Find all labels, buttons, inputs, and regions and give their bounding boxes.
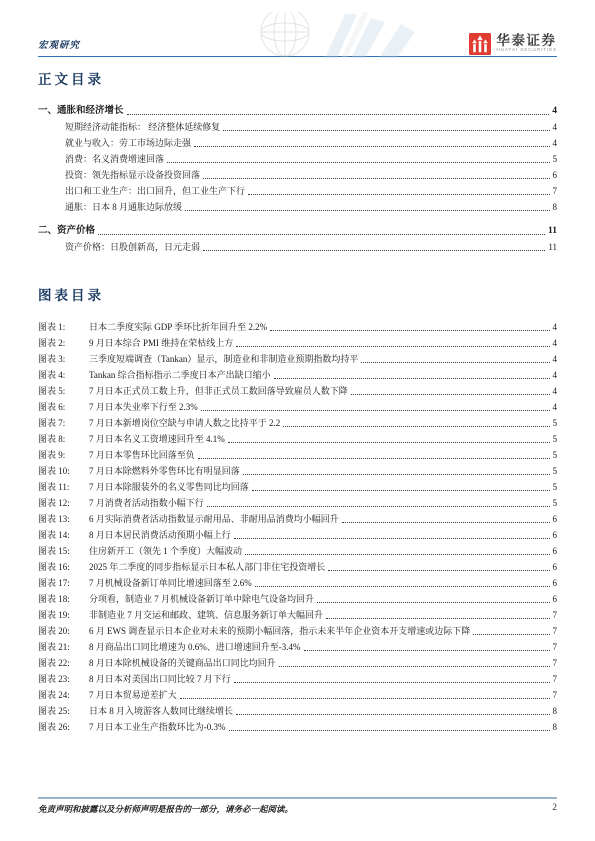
page-ref: 7 [553, 658, 558, 669]
page-ref: 4 [553, 322, 558, 333]
figure-item[interactable]: 图表 16:2025 年二季度的同步指标显示日本私人部门非住宅投资增长6 [38, 557, 557, 573]
toc-item[interactable]: 投资：领先指标显示设备投资回落6 [38, 165, 557, 181]
figure-number: 图表 18: [38, 594, 89, 605]
figure-item[interactable]: 图表 3:三季度短端调查（Tankan）显示，制造业和非制造业预期指数均持平4 [38, 349, 557, 365]
dotted-leader [203, 178, 549, 179]
page-ref: 5 [553, 466, 558, 477]
figure-number: 图表 1: [38, 322, 89, 333]
toc-item-label: 投资：领先指标显示设备投资回落 [65, 170, 200, 181]
figure-item[interactable]: 图表 26:7 月日本工业生产指数环比为-0.3%8 [38, 717, 557, 733]
figure-item[interactable]: 图表 12:7 月消费者活动指数小幅下行5 [38, 493, 557, 509]
toc-item[interactable]: 消费：名义消费增速回落5 [38, 149, 557, 165]
toc-title: 正文目录 [38, 68, 557, 88]
page-ref: 7 [553, 186, 558, 197]
figure-item[interactable]: 图表 22:8 月日本除机械设备的关键商品出口同比均回升7 [38, 653, 557, 669]
figure-number: 图表 6: [38, 402, 89, 413]
huatai-logo: 华泰证券 HUATAI SECURITIES [469, 33, 557, 55]
dotted-leader [98, 234, 545, 235]
figure-number: 图表 11: [38, 482, 89, 493]
figure-item[interactable]: 图表 18:分项看，制造业 7 月机械设备新订单中除电气设备均回升6 [38, 589, 557, 605]
dotted-leader [127, 114, 550, 115]
figure-number: 图表 8: [38, 434, 89, 445]
toc-item[interactable]: 短期经济动能指标： 经济整体延续修复4 [38, 117, 557, 133]
figure-item-label: 6 月 EWS 调查显示日本企业对未来的预期小幅回落，指示未来半年企业资本开支增… [89, 626, 470, 637]
toc-item[interactable]: 通胀：日本 8 月通胀边际放缓8 [38, 197, 557, 213]
figure-number: 图表 5: [38, 386, 89, 397]
figure-item-label: 7 月机械设备新订单同比增速回落至 2.6% [89, 578, 252, 589]
dotted-leader [207, 506, 550, 507]
figure-number: 图表 26: [38, 722, 89, 733]
dotted-leader [234, 682, 550, 683]
page-ref: 8 [553, 202, 558, 213]
figure-number: 图表 10: [38, 466, 89, 477]
toc-item-label: 消费：名义消费增速回落 [65, 154, 164, 165]
page-ref: 7 [553, 642, 558, 653]
figure-item-label: 日本 8 月入境游客人数同比继续增长 [89, 706, 233, 717]
dotted-leader [317, 602, 549, 603]
figure-item-label: 8 月日本除机械设备的关键商品出口同比均回升 [89, 658, 276, 669]
figure-number: 图表 16: [38, 562, 89, 573]
dotted-leader [473, 634, 549, 635]
toc-item-label: 通胀：日本 8 月通胀边际放缓 [65, 202, 182, 213]
page-ref: 7 [553, 610, 558, 621]
figure-number: 图表 13: [38, 514, 89, 525]
page-ref: 11 [548, 242, 557, 253]
page-ref: 4 [553, 354, 558, 365]
toc-item-label: 二、资产价格 [38, 226, 95, 237]
page-ref: 7 [553, 626, 558, 637]
figure-item[interactable]: 图表 6:7 月日本失业率下行至 2.3%4 [38, 397, 557, 413]
figure-item[interactable]: 图表 19:非制造业 7 月交运和邮政、建筑、信息服务新订单大幅回升7 [38, 605, 557, 621]
figure-item-label: 7 月消费者活动指数小幅下行 [89, 498, 204, 509]
figure-item-label: 7 月日本零售环比回落至负 [89, 450, 195, 461]
figure-item[interactable]: 图表 17:7 月机械设备新订单同比增速回落至 2.6%6 [38, 573, 557, 589]
figure-number: 图表 20: [38, 626, 89, 637]
figure-number: 图表 4: [38, 370, 89, 381]
dotted-leader [194, 146, 549, 147]
figure-item-label: 7 月日本贸易逆差扩大 [89, 690, 177, 701]
page-footer: 免责声明和披露以及分析师声明是报告的一部分，请务必一起阅读。 2 [38, 797, 557, 815]
dotted-leader [248, 194, 549, 195]
toc-item-label: 就业与收入：劳工市场边际走强 [65, 138, 191, 149]
figure-item[interactable]: 图表 13:6 月实际消费者活动指数显示耐用品、非耐用品消费均小幅回升6 [38, 509, 557, 525]
page-header: 宏观研究 [38, 0, 557, 57]
dotted-leader [167, 162, 549, 163]
page-ref: 8 [553, 706, 558, 717]
figure-number: 图表 23: [38, 674, 89, 685]
dotted-leader [328, 570, 549, 571]
brand-name: 华泰证券 [496, 34, 557, 48]
figure-item-label: 7 月日本新增岗位空缺与申请人数之比持平于 2.2 [89, 418, 280, 429]
dotted-leader [326, 618, 549, 619]
toc-item[interactable]: 一、通胀和经济增长4 [38, 101, 557, 117]
figure-item-label: 日本二季度实际 GDP 季环比折年回升至 2.2% [89, 322, 267, 333]
figure-item-label: 7 月日本除服装外的名义零售同比均回落 [89, 482, 249, 493]
figure-number: 图表 25: [38, 706, 89, 717]
page-ref: 5 [553, 498, 558, 509]
dotted-leader [234, 538, 550, 539]
dotted-leader [351, 394, 550, 395]
page-ref: 4 [552, 106, 557, 117]
dotted-leader [236, 346, 549, 347]
figure-item[interactable]: 图表 25:日本 8 月入境游客人数同比继续增长8 [38, 701, 557, 717]
page-ref: 6 [553, 562, 558, 573]
figure-item-label: 8 月日本对美国出口同比较 7 月下行 [89, 674, 231, 685]
figures-title: 图表目录 [38, 284, 557, 304]
page-ref: 6 [553, 546, 558, 557]
figure-number: 图表 22: [38, 658, 89, 669]
figure-list: 图表 1:日本二季度实际 GDP 季环比折年回升至 2.2%4图表 2:9 月日… [38, 317, 557, 733]
figure-item-label: Tankan 综合指标指示二季度日本产出缺口缩小 [89, 370, 271, 381]
figure-item[interactable]: 图表 5:7 月日本正式员工数上升，但非正式员工数回落导致雇员人数下降4 [38, 381, 557, 397]
huatai-logo-icon [469, 33, 491, 55]
page-ref: 5 [553, 482, 558, 493]
figure-item[interactable]: 图表 9:7 月日本零售环比回落至负5 [38, 445, 557, 461]
figure-item-label: 住房新开工（领先 1 个季度）大幅波动 [89, 546, 242, 557]
page-ref: 4 [553, 338, 558, 349]
dotted-leader [228, 442, 550, 443]
report-category-label: 宏观研究 [38, 37, 80, 51]
dotted-leader [243, 474, 550, 475]
page-ref: 4 [553, 370, 558, 381]
dotted-leader [255, 586, 550, 587]
figure-item[interactable]: 图表 10:7 月日本除燃料外零售环比有明显回落5 [38, 461, 557, 477]
page-ref: 7 [553, 690, 558, 701]
dotted-leader [185, 210, 549, 211]
figure-number: 图表 14: [38, 530, 89, 541]
toc-item-label: 短期经济动能指标： 经济整体延续修复 [65, 122, 220, 133]
report-page: 宏观研究 [0, 0, 595, 841]
page-ref: 5 [553, 154, 558, 165]
toc-item[interactable]: 二、资产价格11 [38, 221, 557, 237]
page-ref: 6 [553, 170, 558, 181]
figure-item-label: 非制造业 7 月交运和邮政、建筑、信息服务新订单大幅回升 [89, 610, 323, 621]
toc-item-label: 一、通胀和经济增长 [38, 106, 124, 117]
page-ref: 8 [553, 722, 558, 733]
page-ref: 5 [553, 450, 558, 461]
toc-item[interactable]: 资产价格：日股创新高，日元走弱11 [38, 237, 557, 253]
figure-item[interactable]: 图表 8:7 月日本名义工资增速回升至 4.1%5 [38, 429, 557, 445]
figure-number: 图表 21: [38, 642, 89, 653]
figure-item-label: 7 月日本名义工资增速回升至 4.1% [89, 434, 225, 445]
page-content: 正文目录 一、通胀和经济增长4短期经济动能指标： 经济整体延续修复4就业与收入：… [38, 68, 557, 733]
page-ref: 6 [553, 530, 558, 541]
figure-number: 图表 7: [38, 418, 89, 429]
dotted-leader [198, 458, 550, 459]
page-number: 2 [552, 803, 557, 813]
dotted-leader [236, 714, 549, 715]
figure-number: 图表 15: [38, 546, 89, 557]
page-ref: 4 [553, 138, 558, 149]
globe-watermark [233, 12, 433, 58]
dotted-leader [342, 522, 550, 523]
figure-number: 图表 19: [38, 610, 89, 621]
figure-item-label: 7 月日本除燃料外零售环比有明显回落 [89, 466, 240, 477]
figure-item-label: 8 月商品出口同比增速为 0.6%、进口增速回升至-3.4% [89, 642, 301, 653]
page-ref: 5 [553, 418, 558, 429]
figure-item-label: 6 月实际消费者活动指数显示耐用品、非耐用品消费均小幅回升 [89, 514, 339, 525]
figure-item[interactable]: 图表 7:7 月日本新增岗位空缺与申请人数之比持平于 2.25 [38, 413, 557, 429]
figure-item[interactable]: 图表 23:8 月日本对美国出口同比较 7 月下行7 [38, 669, 557, 685]
dotted-leader [270, 330, 549, 331]
dotted-leader [279, 666, 550, 667]
figure-item-label: 三季度短端调查（Tankan）显示，制造业和非制造业预期指数均持平 [89, 354, 358, 365]
dotted-leader [201, 410, 550, 411]
figure-item-label: 9 月日本综合 PMI 维持在荣枯线上方 [89, 338, 233, 349]
figure-item-label: 8 月日本居民消费活动预期小幅上行 [89, 530, 231, 541]
figure-number: 图表 2: [38, 338, 89, 349]
toc-item[interactable]: 就业与收入：劳工市场边际走强4 [38, 133, 557, 149]
dotted-leader [203, 250, 545, 251]
figure-item[interactable]: 图表 20:6 月 EWS 调查显示日本企业对未来的预期小幅回落，指示未来半年企… [38, 621, 557, 637]
dotted-leader [283, 426, 549, 427]
figure-number: 图表 17: [38, 578, 89, 589]
page-ref: 5 [553, 434, 558, 445]
page-ref: 11 [548, 226, 557, 237]
brand-subtitle: HUATAI SECURITIES [496, 49, 557, 54]
figure-item-label: 分项看，制造业 7 月机械设备新订单中除电气设备均回升 [89, 594, 314, 605]
toc-item[interactable]: 出口和工业生产：出口回升，但工业生产下行7 [38, 181, 557, 197]
page-ref: 4 [553, 122, 558, 133]
figure-item[interactable]: 图表 1:日本二季度实际 GDP 季环比折年回升至 2.2%4 [38, 317, 557, 333]
figure-item[interactable]: 图表 15:住房新开工（领先 1 个季度）大幅波动6 [38, 541, 557, 557]
toc-list: 一、通胀和经济增长4短期经济动能指标： 经济整体延续修复4就业与收入：劳工市场边… [38, 101, 557, 253]
page-ref: 6 [553, 514, 558, 525]
dotted-leader [361, 362, 549, 363]
figure-item[interactable]: 图表 24:7 月日本贸易逆差扩大7 [38, 685, 557, 701]
figure-number: 图表 9: [38, 450, 89, 461]
figure-item[interactable]: 图表 14:8 月日本居民消费活动预期小幅上行6 [38, 525, 557, 541]
figure-number: 图表 3: [38, 354, 89, 365]
page-ref: 6 [553, 594, 558, 605]
page-ref: 7 [553, 674, 558, 685]
page-ref: 4 [553, 386, 558, 397]
figure-item[interactable]: 图表 2:9 月日本综合 PMI 维持在荣枯线上方4 [38, 333, 557, 349]
dotted-leader [304, 650, 550, 651]
toc-item-label: 出口和工业生产：出口回升，但工业生产下行 [65, 186, 245, 197]
dotted-leader [223, 130, 549, 131]
dotted-leader [229, 730, 550, 731]
figure-item[interactable]: 图表 4:Tankan 综合指标指示二季度日本产出缺口缩小4 [38, 365, 557, 381]
toc-item-label: 资产价格：日股创新高，日元走弱 [65, 242, 200, 253]
figure-item[interactable]: 图表 21:8 月商品出口同比增速为 0.6%、进口增速回升至-3.4%7 [38, 637, 557, 653]
dotted-leader [180, 698, 550, 699]
figure-item-label: 7 月日本正式员工数上升，但非正式员工数回落导致雇员人数下降 [89, 386, 348, 397]
figure-number: 图表 12: [38, 498, 89, 509]
figure-item[interactable]: 图表 11:7 月日本除服装外的名义零售同比均回落5 [38, 477, 557, 493]
dotted-leader [245, 554, 549, 555]
page-ref: 4 [553, 402, 558, 413]
disclaimer-text: 免责声明和披露以及分析师声明是报告的一部分，请务必一起阅读。 [38, 803, 293, 815]
page-ref: 6 [553, 578, 558, 589]
figure-item-label: 2025 年二季度的同步指标显示日本私人部门非住宅投资增长 [89, 562, 325, 573]
figure-item-label: 7 月日本工业生产指数环比为-0.3% [89, 722, 226, 733]
dotted-leader [252, 490, 550, 491]
figure-number: 图表 24: [38, 690, 89, 701]
dotted-leader [274, 378, 550, 379]
figure-item-label: 7 月日本失业率下行至 2.3% [89, 402, 198, 413]
